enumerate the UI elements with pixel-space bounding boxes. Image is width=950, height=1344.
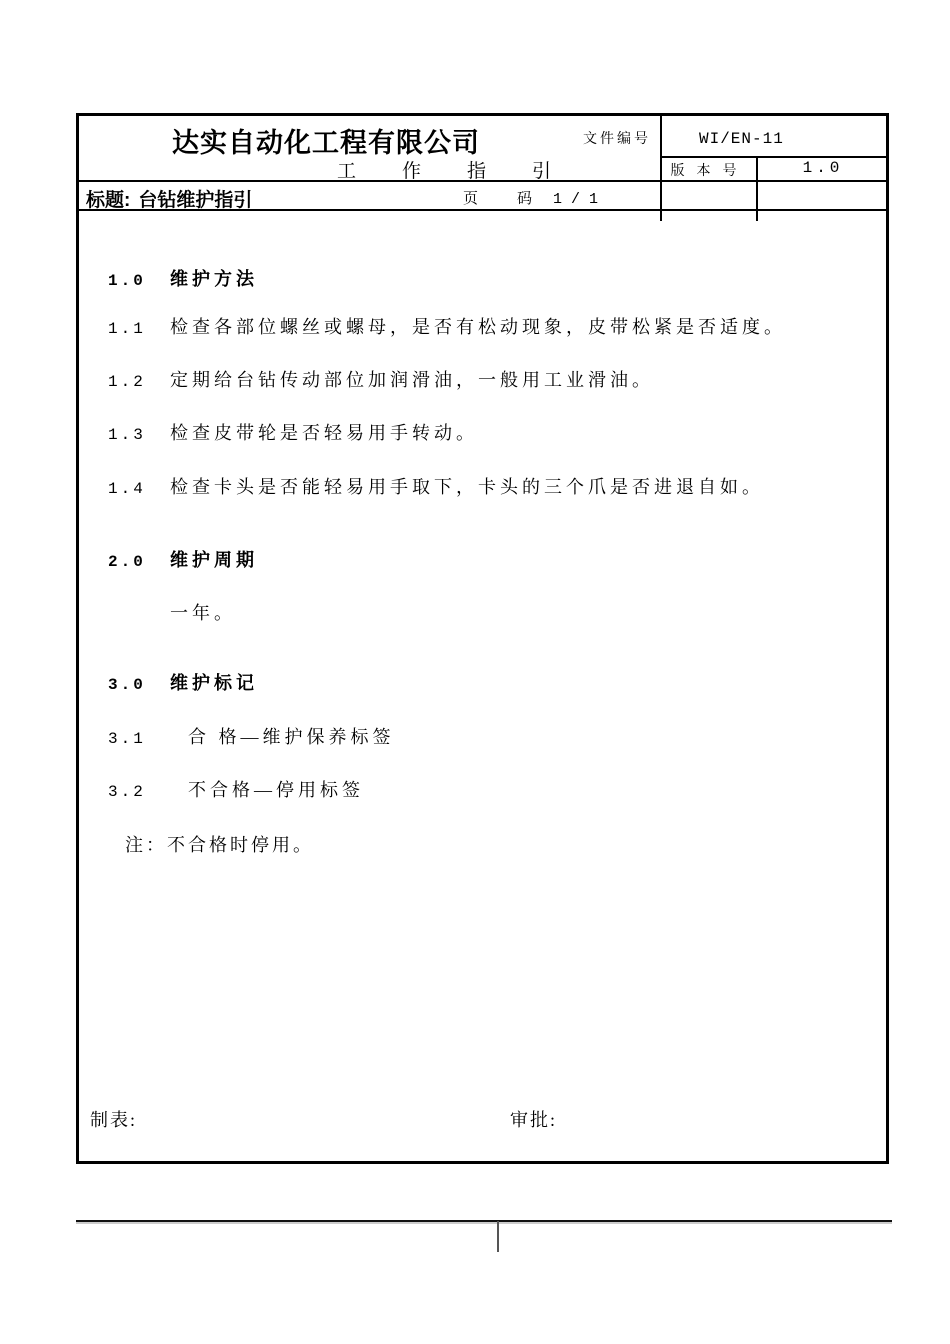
- title-value: 台钻维护指引: [138, 190, 252, 211]
- list-item-1-1: 1.1检查各部位螺丝或螺母，是否有松动现象，皮带松紧是否适度。: [108, 315, 786, 341]
- item-number: 3.2: [108, 780, 188, 804]
- page-number-row: 页码1 / 1: [463, 187, 598, 208]
- footer-separator-line: [76, 1220, 892, 1222]
- item-number: 3.1: [108, 727, 188, 751]
- item-text: 检查各部位螺丝或螺母，是否有松动现象，皮带松紧是否适度。: [170, 317, 786, 337]
- title-row: 标题:台钻维护指引: [86, 185, 252, 212]
- item-number: 1.2: [108, 370, 170, 394]
- item-text: 一年。: [170, 603, 236, 623]
- section-heading-text: 维护周期: [170, 550, 258, 570]
- doc-type-title: 工作指引: [337, 156, 597, 183]
- section-number: 1.0: [108, 269, 170, 293]
- section-number: 2.0: [108, 550, 170, 574]
- item-text: 检查皮带轮是否轻易用手转动。: [170, 423, 478, 443]
- section-2-heading: 2.0维护周期: [108, 548, 258, 574]
- section-1-heading: 1.0维护方法: [108, 267, 258, 293]
- version-value: 1.0: [757, 159, 889, 177]
- item-number: 1.4: [108, 477, 170, 501]
- page-number-value: 1 / 1: [553, 191, 598, 208]
- section-number: 3.0: [108, 673, 170, 697]
- page-label-char2: 码: [517, 191, 532, 207]
- title-label: 标题:: [86, 190, 130, 211]
- doc-number-value: WI/EN-11: [699, 130, 784, 148]
- list-item-1-3: 1.3检查皮带轮是否轻易用手转动。: [108, 421, 478, 447]
- item-text: 检查卡头是否能轻易用手取下，卡头的三个爪是否进退自如。: [170, 477, 764, 497]
- approved-by-label: 审批:: [510, 1106, 557, 1132]
- list-item-1-4: 1.4检查卡头是否能轻易用手取下，卡头的三个爪是否进退自如。: [108, 475, 764, 501]
- doc-number-label: 文件编号: [583, 128, 651, 148]
- list-item-1-2: 1.2定期给台钻传动部位加润滑油，一般用工业滑油。: [108, 368, 654, 394]
- company-name: 达实自动化工程有限公司: [76, 121, 576, 160]
- page-label-char1: 页: [463, 191, 478, 207]
- footer-center-tick: [497, 1221, 499, 1252]
- section-heading-text: 维护方法: [170, 269, 258, 289]
- prepared-by-label: 制表:: [90, 1106, 137, 1132]
- document-page: 达实自动化工程有限公司 工作指引 文件编号 WI/EN-11 版本号 1.0 标…: [0, 0, 950, 1344]
- item-text: 不合格—停用标签: [188, 780, 364, 800]
- item-number: 1.1: [108, 317, 170, 341]
- section-3-heading: 3.0维护标记: [108, 671, 258, 697]
- item-number: 1.3: [108, 423, 170, 447]
- version-label: 版本号: [662, 160, 757, 180]
- section-2-body: 一年。: [108, 601, 236, 625]
- section-heading-text: 维护标记: [170, 673, 258, 693]
- list-item-3-2: 3.2不合格—停用标签: [108, 778, 364, 804]
- note-line: 注：不合格时停用。: [125, 831, 314, 857]
- item-text: 合 格—维护保养标签: [188, 727, 395, 747]
- item-text: 定期给台钻传动部位加润滑油，一般用工业滑油。: [170, 370, 654, 390]
- list-item-3-1: 3.1合 格—维护保养标签: [108, 725, 395, 751]
- header-line-under-docno: [660, 156, 889, 158]
